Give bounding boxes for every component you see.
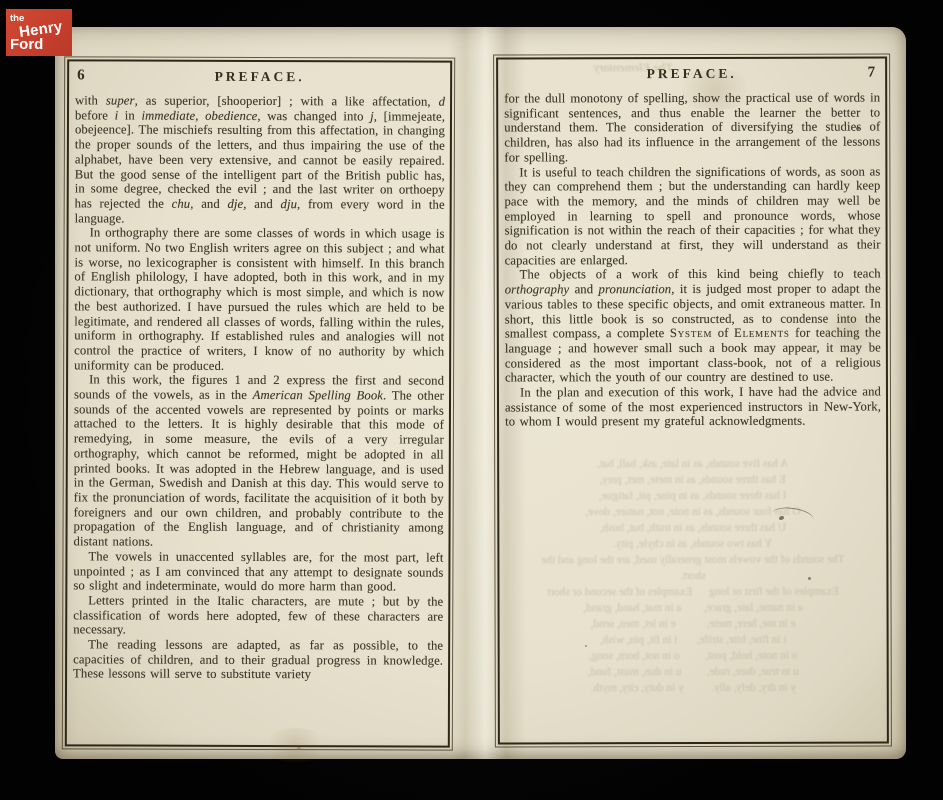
bleedthrough-text: A has five sounds, as in late, ask, ball… [511, 456, 875, 697]
page-number-right: 7 [868, 65, 876, 82]
paragraph: In this work, the figures 1 and 2 expres… [73, 373, 444, 551]
paragraph: In the plan and execution of this work, … [505, 385, 881, 430]
henry-ford-logo: the Henry Ford [6, 9, 72, 56]
ink-speck [585, 645, 587, 647]
paper-stain [670, 70, 760, 110]
ink-speck [160, 586, 162, 588]
ink-speck [856, 127, 859, 130]
paragraph: It is useful to teach children the signi… [504, 164, 880, 268]
page-left-header: 6 PREFACE. [69, 68, 450, 93]
page-right-body: for the dull monotony of spelling, show … [504, 91, 881, 430]
page-left-body: with super, as superior, [shooperior] ; … [73, 93, 445, 682]
logo-word-ford: Ford [10, 36, 43, 53]
page-left-frame: 6 PREFACE. with super, as superior, [sho… [65, 59, 452, 747]
paragraph: The vowels in unaccented syllables are, … [73, 549, 443, 594]
paragraph: The reading lessons are adapted, as far … [73, 637, 443, 682]
ink-speck [808, 577, 811, 580]
logo-word-the: the [10, 13, 24, 24]
paragraph: Letters printed in the Italic characters… [73, 593, 443, 638]
paragraph: with super, as superior, [shooperior] ; … [75, 93, 445, 227]
paragraph: In orthography there are some classes of… [74, 226, 445, 374]
paper-stain [820, 300, 880, 360]
running-head-left: PREFACE. [69, 68, 450, 85]
scan-background: 6 PREFACE. with super, as superior, [sho… [0, 0, 943, 800]
paper-stain [260, 728, 330, 762]
page-right-frame: The Elementary PREFACE. 7 for the dull m… [496, 56, 889, 744]
